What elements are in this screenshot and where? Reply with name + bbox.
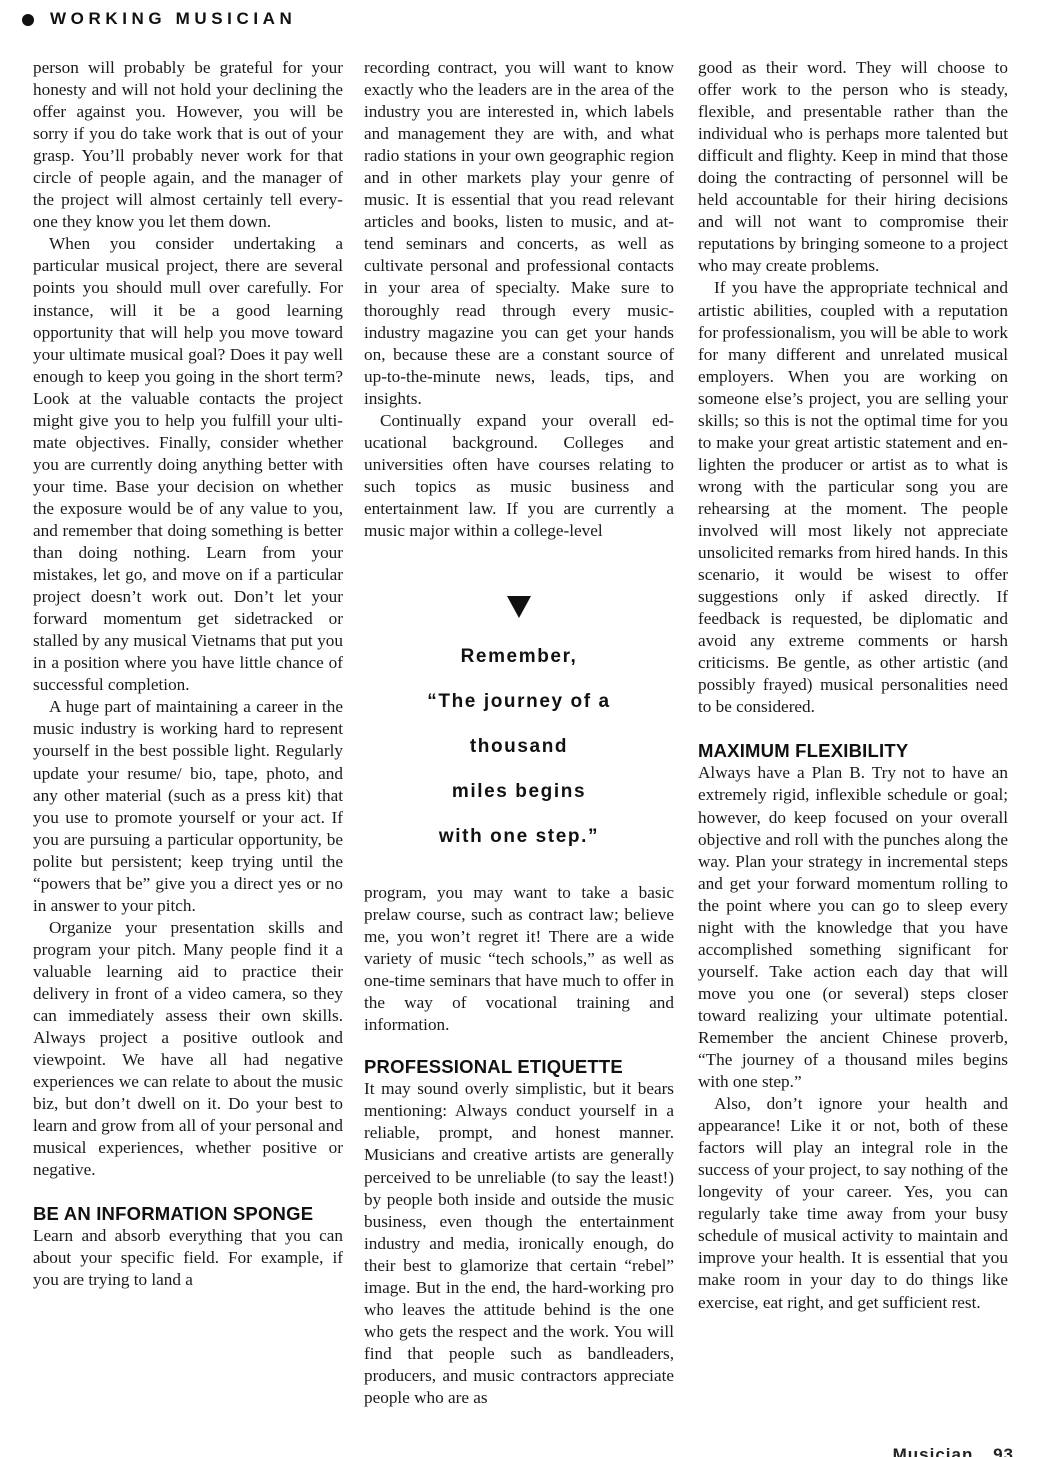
page-footer: Musician 93 [893,1440,1014,1457]
paragraph: person will probably be grateful for you… [33,57,343,233]
paragraph: It may sound overly simplistic, but it b… [364,1078,674,1409]
paragraph: Also, don’t ignore your health and appea… [698,1093,1008,1313]
paragraph: recording contract, you will want to kno… [364,57,674,410]
pull-quote-line: with one step.” [364,814,674,859]
pull-quote-line: thousand [364,724,674,769]
paragraph: A huge part of maintaining a career in t… [33,696,343,916]
pull-quote-line: miles begins [364,769,674,814]
section-label: WORKING MUSICIAN [50,9,296,29]
paragraph: If you have the appropriate techni­cal a… [698,277,1008,718]
running-foot: Musician [893,1445,974,1457]
section-heading: MAXIMUM FLEXIBILITY [698,740,1008,762]
article-column-3: good as their word. They will choose to … [698,57,1008,1314]
paragraph: good as their word. They will choose to … [698,57,1008,277]
pull-quote-line: “The journey of a [364,679,674,724]
section-heading: PROFESSIONAL ETIQUETTE [364,1056,674,1078]
bullet-icon [22,14,34,26]
page-header: WORKING MUSICIAN [22,6,296,32]
page-number: 93 [993,1445,1014,1457]
section-heading: BE AN INFORMATION SPONGE [33,1203,343,1225]
article-column-2: recording contract, you will want to kno… [364,57,674,542]
paragraph: Organize your presentation skills and pr… [33,917,343,1182]
down-triangle-icon [507,596,531,618]
pull-quote-line: Remember, [364,634,674,679]
paragraph: When you consider undertaking a particul… [33,233,343,696]
pull-quote: Remember, “The journey of a thousand mil… [364,596,674,859]
paragraph: Learn and absorb everything that you can… [33,1225,343,1291]
paragraph: Continually expand your overall ed­ucati… [364,410,674,542]
paragraph: Always have a Plan B. Try not to have an… [698,762,1008,1093]
article-column-2-continued: program, you may want to take a basic pr… [364,882,674,1409]
paragraph: program, you may want to take a basic pr… [364,882,674,1036]
article-column-1: person will probably be grateful for you… [33,57,343,1292]
